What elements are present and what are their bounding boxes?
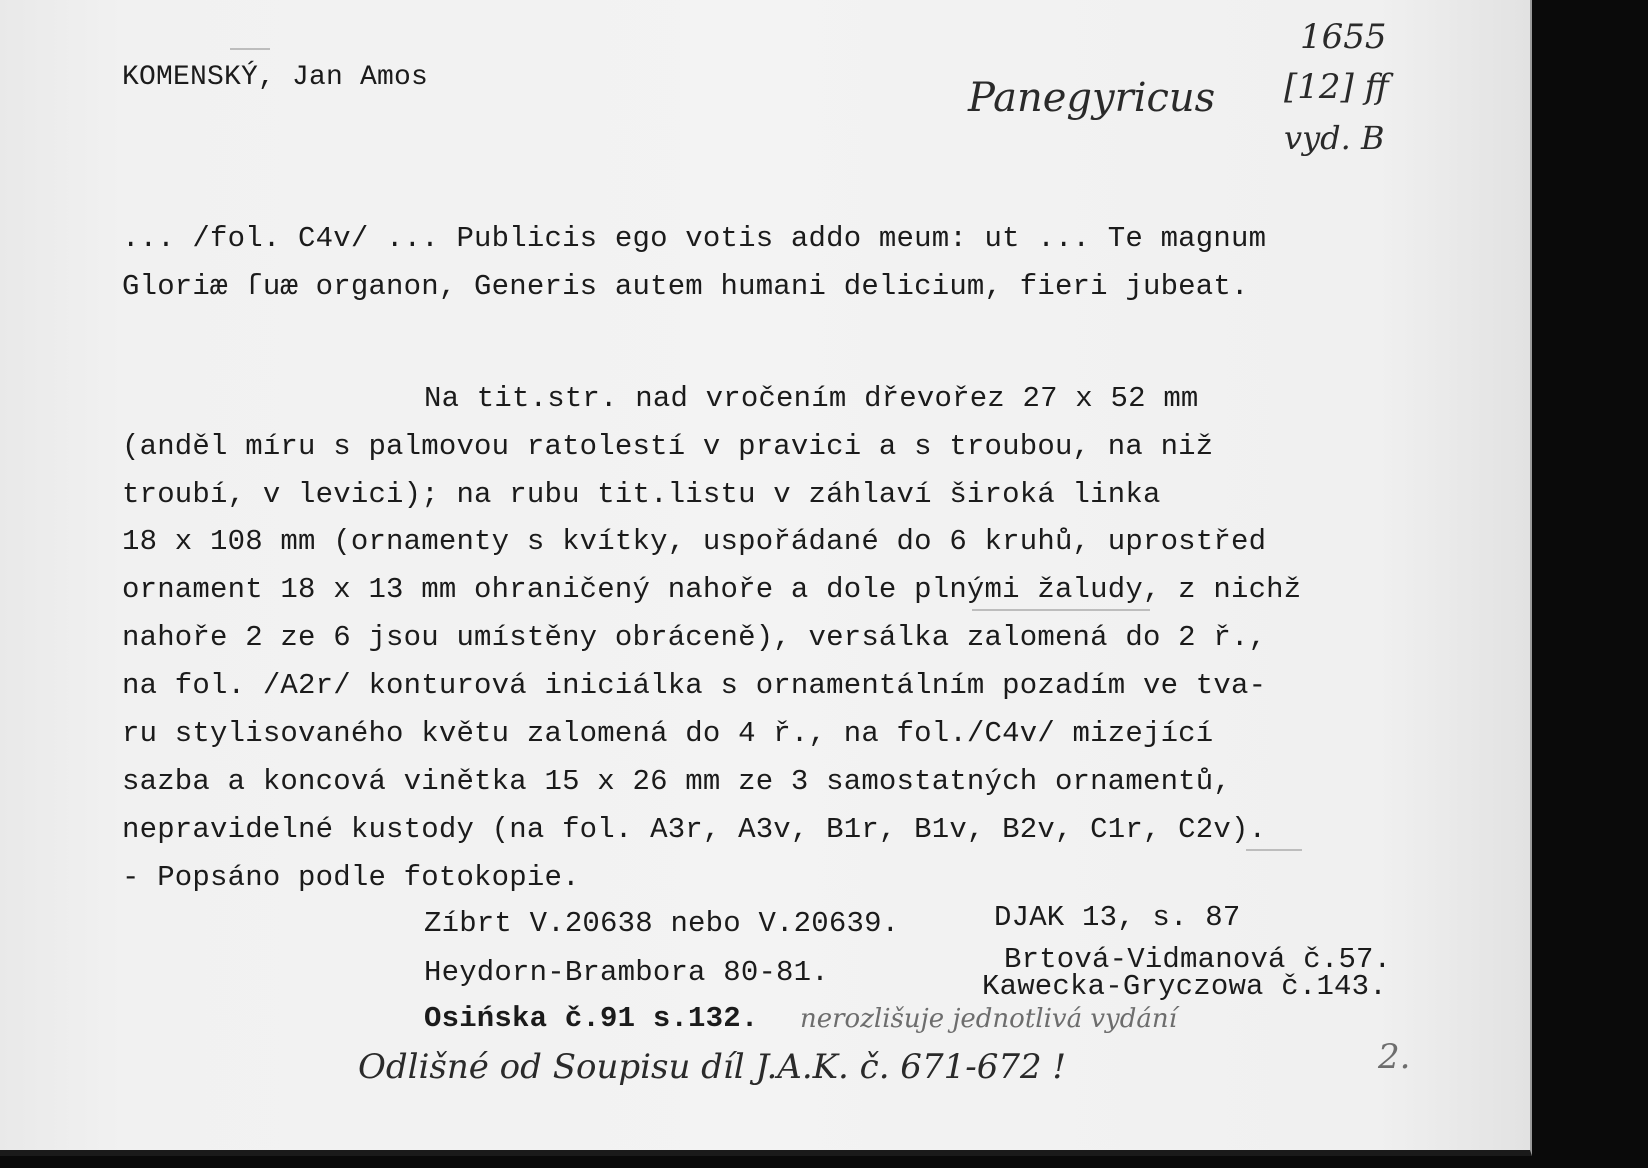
description-line: na fol. /A2r/ konturová iniciálka s orna… (122, 671, 1266, 700)
card-number: 2. (1378, 1040, 1410, 1074)
description-line: (anděl míru s palmovou ratolestí v pravi… (122, 432, 1213, 461)
underline-mark (972, 609, 1150, 611)
description-line: sazba a koncová vinětka 15 x 26 mm ze 3 … (122, 767, 1231, 796)
reference-osinska: Osińska č.91 s.132. (424, 1004, 758, 1033)
reference-heydorn-brambora: Heydorn-Brambora 80-81. (424, 958, 829, 987)
margin-note-extent: [12] ff (1284, 70, 1389, 104)
handwritten-note-osinska: nerozlišuje jednotlivá vydání (800, 1006, 1177, 1032)
description-line: - Popsáno podle fotokopie. (122, 863, 580, 892)
author-heading: KOMENSKÝ, Jan Amos (122, 64, 428, 92)
description-line: 18 x 108 mm (ornamenty s kvítky, uspořád… (122, 527, 1266, 556)
quote-line: Gloriæ ſuæ organon, Generis autem humani… (122, 272, 1249, 301)
description-line: ornament 18 x 13 mm ohraničený nahoře a … (122, 575, 1301, 604)
description-line: troubí, v levici); na rubu tit.listu v z… (122, 480, 1161, 509)
underline-mark (1246, 849, 1302, 851)
reference-djak: DJAK 13, s. 87 (994, 903, 1240, 932)
description-line: Na tit.str. nad vročením dřevořez 27 x 5… (424, 384, 1199, 413)
catalog-card: KOMENSKÝ, Jan Amos Panegyricus 1655 [12]… (0, 0, 1532, 1156)
description-line: nepravidelné kustody (na fol. A3r, A3v, … (122, 815, 1266, 844)
handwritten-note-bottom: Odlišné od Soupisu díl J.A.K. č. 671-672… (358, 1050, 1066, 1084)
margin-note-edition: vyd. B (1284, 122, 1385, 154)
reference-zibrt: Zíbrt V.20638 nebo V.20639. (424, 909, 899, 938)
description-line: ru stylisovaného květu zalomená do 4 ř.,… (122, 719, 1213, 748)
reference-kawecka-gryczowa: Kawecka-Gryczowa č.143. (982, 972, 1387, 1001)
description-line: nahoře 2 ze 6 jsou umístěny obráceně), v… (122, 623, 1266, 652)
quote-line: ... /fol. C4v/ ... Publicis ego votis ad… (122, 224, 1266, 253)
margin-note-year: 1655 (1300, 20, 1387, 54)
faint-mark (230, 48, 270, 50)
handwritten-title: Panegyricus (968, 78, 1215, 118)
